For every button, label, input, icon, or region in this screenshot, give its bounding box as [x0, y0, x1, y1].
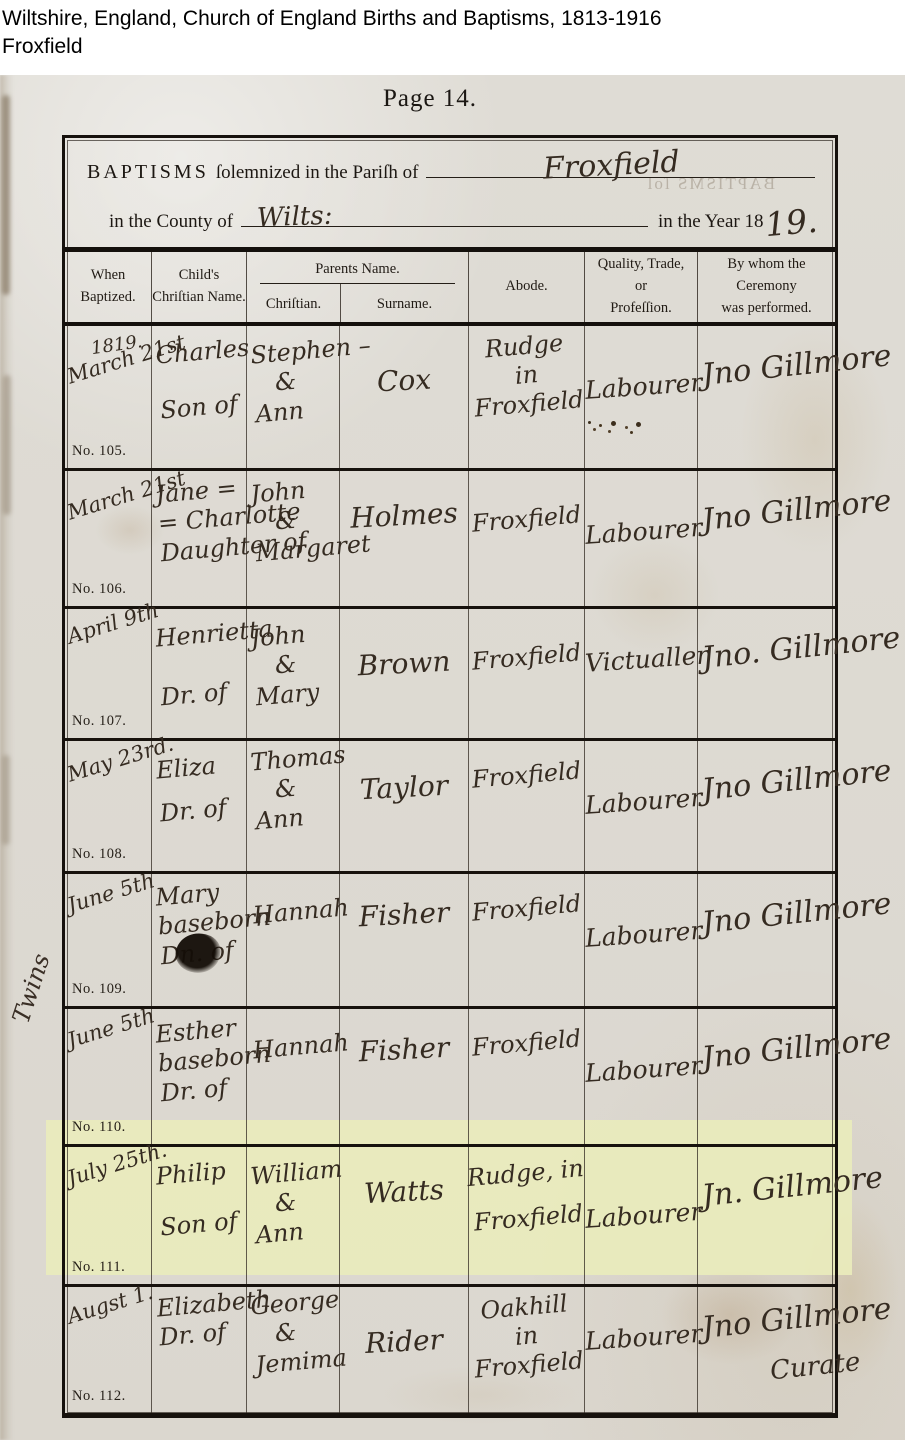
- cell-minister: Jn. Gillmore: [697, 1147, 884, 1284]
- cell-surname: Fisher: [339, 874, 468, 1006]
- cell-child: Esther baseborn Dr. of: [151, 1009, 246, 1144]
- record-number: No. 108.: [72, 846, 126, 863]
- minister-title: Curate: [769, 1344, 894, 1387]
- parent-mother: Margaret: [254, 531, 342, 568]
- edge-stain: [3, 375, 11, 515]
- table-row-111-highlighted: July 25th. No. 111. Philip Son of Willia…: [65, 1144, 835, 1284]
- cell-trade: Labourer: [584, 471, 697, 606]
- trade: Labourer: [584, 783, 698, 820]
- child-name: Charles: [154, 334, 244, 371]
- cell-when: April 9th No. 107.: [65, 609, 151, 738]
- bywhom-line3: was performed.: [721, 298, 811, 320]
- viewer-header: Wiltshire, England, Church of England Bi…: [0, 0, 905, 75]
- child-relation: Dr. of: [159, 792, 249, 829]
- baptism-date: July 25th.: [64, 1143, 150, 1190]
- abode-line: Froxfield: [468, 500, 585, 539]
- trade: Labourer: [584, 1319, 698, 1356]
- minister-signature: Jno Gillmore: [700, 338, 893, 393]
- cell-when: July 25th. No. 111.: [65, 1147, 151, 1284]
- county-label: in the County of: [109, 211, 233, 233]
- trade-line3: Profeſſion.: [610, 298, 672, 320]
- abode-label: Abode.: [505, 276, 547, 298]
- cell-child: Henrietta Dr. of: [151, 609, 246, 738]
- cell-abode: Froxfield: [468, 741, 584, 871]
- parent-mother: Hannah: [252, 894, 340, 931]
- table-row-112: Augst 1. No. 112. Elizabeth Dr. of Georg…: [65, 1284, 835, 1416]
- edge-stain: [2, 755, 10, 845]
- col-abode: Abode.: [468, 252, 584, 322]
- cell-trade: Labourer: [584, 874, 697, 1006]
- parent-mother: Ann: [254, 799, 342, 836]
- cell-surname: Brown: [339, 609, 468, 738]
- parents-name-title: Parents Name.: [247, 252, 468, 278]
- table-row-109: June 5th No. 109. Mary baseborn Dn. of H…: [65, 871, 835, 1006]
- minister-signature: Jno Gillmore: [700, 1021, 893, 1076]
- minister-signature: Jno Gillmore: [700, 886, 893, 941]
- solemnized-label: ſolemnized in the Pariſh of: [216, 162, 419, 184]
- cell-surname: Rider: [339, 1287, 468, 1413]
- col-childs-name: Child's Chriſtian Name.: [151, 252, 246, 322]
- edge-stain: [2, 95, 10, 295]
- record-number: No. 105.: [72, 443, 126, 460]
- baptism-date: June 5th: [64, 870, 150, 917]
- parent-mother: Mary: [254, 675, 342, 712]
- cell-minister: Jno Gillmore: [697, 874, 892, 1006]
- surname: Fisher: [339, 895, 469, 935]
- col-when-line1: When: [91, 265, 126, 287]
- cell-parent-christian: George & Jemima: [246, 1287, 339, 1413]
- cell-child: Eliza Dr. of: [151, 741, 246, 871]
- minister-signature: Jn. Gillmore: [700, 1160, 884, 1214]
- parish-handwritten: Froxfield: [542, 144, 680, 186]
- trade: Labourer: [584, 1197, 698, 1234]
- record-number: No. 107.: [72, 713, 126, 730]
- register-rows: 1819. March 21st No. 105. Charles Son of…: [65, 326, 835, 1416]
- margin-note-twins: Twins: [7, 951, 55, 1026]
- column-headers: When Baptized. Child's Chriſtian Name. P…: [65, 252, 835, 326]
- abode-line: Froxfield: [468, 889, 585, 928]
- col-by-whom: By whom the Ceremony was performed.: [697, 252, 835, 322]
- abode-line: Rudge, in: [466, 1154, 583, 1193]
- cell-child: Philip Son of: [151, 1147, 246, 1284]
- col-when-line2: Baptized.: [80, 287, 135, 309]
- cell-when: March 21st No. 106.: [65, 471, 151, 606]
- table-row-105: 1819. March 21st No. 105. Charles Son of…: [65, 326, 835, 468]
- cell-parent-christian: Thomas & Ann: [246, 741, 339, 871]
- cell-surname: Fisher: [339, 1009, 468, 1144]
- table-row-110: June 5th No. 110. Esther baseborn Dr. of…: [65, 1006, 835, 1144]
- page-number: Page 14.: [0, 85, 860, 113]
- cell-trade: Labourer: [584, 1287, 697, 1413]
- register-title-block: BAPTISMS ſol BAPTISMS ſolemnized in the …: [65, 158, 835, 252]
- bywhom-line2: Ceremony: [736, 276, 796, 298]
- child-name: Eliza: [155, 749, 245, 786]
- year-label: in the Year 18: [658, 211, 764, 233]
- cell-abode: Froxfield: [468, 1009, 584, 1144]
- minister-signature: Jno. Gillmore: [700, 620, 902, 676]
- baptisms-label: BAPTISMS: [87, 161, 209, 184]
- cell-surname: Cox: [339, 326, 468, 468]
- trade: Labourer: [584, 916, 698, 953]
- cell-child: Jane = = Charlotte Daughter of: [151, 471, 246, 606]
- cell-abode: Rudge, in Froxfield: [468, 1147, 584, 1284]
- bywhom-line1: By whom the: [727, 254, 805, 276]
- col-child-line2: Chriſtian Name.: [152, 287, 245, 309]
- parents-subheaders: Chriſtian. Surname.: [247, 284, 468, 322]
- child-relation: Dr. of: [158, 1316, 248, 1353]
- cell-trade: Labourer: [584, 741, 697, 871]
- cell-abode: Rudge in Froxfield: [468, 326, 584, 468]
- cell-child: Elizabeth Dr. of: [151, 1287, 246, 1413]
- document-scan: Page 14. Twins BAPTISMS ſol BAPTISMS ſol…: [0, 75, 905, 1440]
- cell-parent-christian: William & Ann: [246, 1147, 339, 1284]
- cell-abode: Froxfield: [468, 874, 584, 1006]
- cell-child: Charles Son of: [151, 326, 246, 468]
- cell-minister: Jno Gillmore: [697, 326, 892, 468]
- parent-christian-label: Chriſtian.: [266, 296, 321, 313]
- record-number: No. 112.: [72, 1388, 126, 1405]
- col-child-line1: Child's: [179, 265, 219, 287]
- record-number: No. 106.: [72, 581, 126, 598]
- register-frame: BAPTISMS ſol BAPTISMS ſolemnized in the …: [62, 135, 838, 1418]
- col-when-baptized: When Baptized.: [65, 252, 151, 322]
- record-number: No. 109.: [72, 981, 126, 998]
- cell-when: June 5th No. 110.: [65, 1009, 151, 1144]
- ink-speckles: [588, 421, 591, 424]
- surname: Rider: [339, 1322, 469, 1362]
- cell-trade: Labourer: [584, 326, 697, 468]
- cell-abode: Oakhill in Froxfield: [468, 1287, 584, 1413]
- parent-surname-label: Surname.: [377, 296, 432, 313]
- cell-minister: Jno Gillmore Curate: [697, 1287, 892, 1413]
- abode-line: Froxfield: [470, 1199, 587, 1238]
- collection-place: Froxfield: [2, 33, 905, 61]
- cell-trade: Victualler: [584, 609, 697, 738]
- record-number: No. 111.: [72, 1259, 125, 1276]
- cell-parent-christian: Hannah: [246, 874, 339, 1006]
- cell-surname: Watts: [339, 1147, 468, 1284]
- cell-parent-christian: John & Mary: [246, 609, 339, 738]
- county-underline: Wilts:: [241, 207, 648, 227]
- surname: Taylor: [339, 768, 469, 808]
- trade: Labourer: [584, 1051, 698, 1088]
- parish-underline: Froxfield: [426, 158, 815, 178]
- child-relation: Son of: [159, 389, 249, 426]
- cell-abode: Froxfield: [468, 471, 584, 606]
- cell-minister: Jno. Gillmore: [697, 609, 901, 738]
- trade: Victualler: [584, 641, 698, 678]
- baptism-date: March 21st: [64, 477, 150, 524]
- collection-title: Wiltshire, England, Church of England Bi…: [2, 5, 905, 33]
- baptism-date: Augst 1.: [64, 1281, 150, 1328]
- cell-minister: Jno Gillmore: [697, 471, 892, 606]
- cell-surname: Holmes: [339, 471, 468, 606]
- cell-parent-christian: Hannah: [246, 1009, 339, 1144]
- child-relation: Son of: [159, 1206, 249, 1243]
- table-row-108: May 23rd. No. 108. Eliza Dr. of Thomas &…: [65, 738, 835, 871]
- surname: Fisher: [339, 1030, 469, 1070]
- child-relation: Dr. of: [159, 676, 249, 713]
- abode-line: Froxfield: [468, 638, 585, 677]
- surname: Holmes: [339, 496, 469, 536]
- baptism-date: June 5th: [64, 1005, 150, 1052]
- county-year-line: in the County of Wilts: in the Year 18 1…: [109, 196, 817, 235]
- col-parent-christian: Chriſtian.: [247, 284, 340, 322]
- cell-parent-christian: John & Margaret: [246, 471, 339, 606]
- cell-when: 1819. March 21st No. 105.: [65, 326, 151, 468]
- col-quality-trade: Quality, Trade, or Profeſſion.: [584, 252, 697, 322]
- col-parents-name: Parents Name. Chriſtian. Surname.: [246, 252, 468, 322]
- cell-trade: Labourer: [584, 1147, 697, 1284]
- table-row-107: April 9th No. 107. Henrietta Dr. of John…: [65, 606, 835, 738]
- baptism-date: May 23rd.: [64, 739, 150, 786]
- trade: Labourer: [584, 368, 698, 405]
- cell-trade: Labourer: [584, 1009, 697, 1144]
- cell-surname: Taylor: [339, 741, 468, 871]
- cell-minister: Jno Gillmore: [697, 741, 892, 871]
- trade-line1: Quality, Trade,: [598, 254, 684, 276]
- parent-mother: Jemima: [254, 1343, 342, 1380]
- baptism-date: April 9th: [64, 601, 150, 648]
- year-handwritten: 19.: [763, 201, 819, 244]
- cell-when: Augst 1. No. 112.: [65, 1287, 151, 1413]
- abode-line: Froxfield: [468, 1024, 585, 1063]
- cell-minister: Jno Gillmore: [697, 1009, 892, 1144]
- surname: Brown: [339, 644, 469, 684]
- table-row-106: March 21st No. 106. Jane = = Charlotte D…: [65, 468, 835, 606]
- record-number: No. 110.: [72, 1119, 126, 1136]
- cell-parent-christian: Stephen – & Ann: [246, 326, 339, 468]
- trade: Labourer: [584, 513, 698, 550]
- minister-signature: Jno Gillmore: [700, 483, 893, 538]
- minister-signature: Jno Gillmore: [700, 753, 893, 808]
- cell-abode: Froxfield: [468, 609, 584, 738]
- parent-mother: Ann: [254, 1213, 342, 1250]
- child-name: Philip: [155, 1155, 245, 1192]
- surname: Watts: [339, 1172, 469, 1212]
- parent-mother: Ann: [254, 392, 342, 429]
- county-handwritten: Wilts:: [257, 201, 333, 234]
- parent-mother: Hannah: [252, 1029, 340, 1066]
- abode-line: Froxfield: [468, 756, 585, 795]
- col-parent-surname: Surname.: [340, 284, 468, 322]
- surname: Cox: [339, 361, 469, 401]
- cell-when: June 5th No. 109.: [65, 874, 151, 1006]
- minister-signature: Jno Gillmore: [700, 1291, 893, 1346]
- trade-line2: or: [635, 276, 647, 298]
- child-name: Henrietta: [154, 617, 244, 654]
- cell-when: May 23rd. No. 108.: [65, 741, 151, 871]
